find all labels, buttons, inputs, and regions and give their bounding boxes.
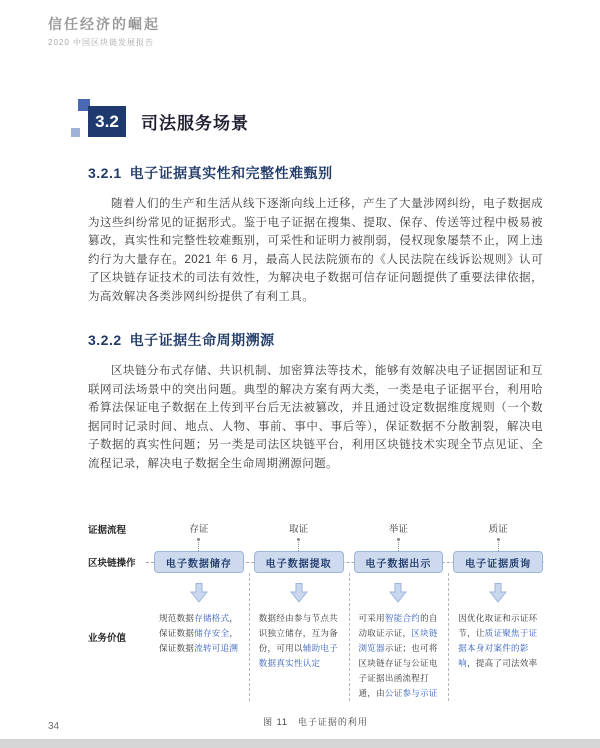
operation-box-present: 电子数据出示 [354, 551, 444, 573]
subsection-1-paragraph: 随着人们的生产和生活从线下逐渐向线上迁移，产生了大量涉网纠纷，电子数据成为这些纠… [88, 195, 543, 306]
figure-diagram: 证据流程 存证 取证 举证 质证 区块链操作 [88, 521, 543, 701]
figure-caption: 图 11 电子证据的利用 [88, 715, 543, 728]
process-step-present: 举证 [354, 521, 444, 551]
report-logo-title: 信任经济的崛起 [48, 14, 160, 34]
operation-cell: 电子证据质询 [453, 551, 543, 573]
down-arrow-icon [389, 583, 407, 603]
connector-dotted-line [498, 542, 499, 551]
connector-dot-icon [397, 538, 400, 541]
down-arrow-icon [190, 583, 208, 603]
subsection-2-paragraph: 区块链分布式存储、共识机制、加密算法等技术，能够有效解决电子证据固证和互联网司法… [88, 362, 543, 473]
row-label-process: 证据流程 [88, 521, 144, 536]
section-number: 3.2 [88, 106, 126, 137]
subsection-1-heading: 3.2.1电子证据真实性和完整性难甄别 [88, 163, 543, 183]
operation-cell: 电子数据提取 [254, 551, 344, 573]
value-column-2: 数据经由参与节点共识独立储存，互为备份，可用以辅助电子数据真实性认定 [249, 573, 344, 701]
connector-dot-icon [197, 538, 200, 541]
row-label-value: 业务价值 [88, 630, 144, 644]
value-column-3: 可采用智能合约的自动取证示证，区块链浏览器示证；也可将区块链存证与公证电子证据出… [349, 573, 444, 701]
connector-dotted-line [298, 542, 299, 551]
process-step-store: 存证 [154, 521, 244, 551]
value-column-1: 规范数据存储格式，保证数据储存安全，保证数据流转可追溯 [154, 573, 244, 701]
connector-dotted-line [198, 542, 199, 551]
value-text: 可采用智能合约的自动取证示证，区块链浏览器示证；也可将区块链存证与公证电子证据出… [359, 611, 439, 701]
footer-strip [0, 739, 600, 748]
operation-box-store: 电子数据储存 [154, 551, 244, 573]
operation-cell: 电子数据出示 [354, 551, 444, 573]
down-arrow-icon [290, 583, 308, 603]
badge-decor-square-small-icon [71, 128, 80, 137]
operation-box-query: 电子证据质询 [453, 551, 543, 573]
subsection-1-number: 3.2.1 [88, 165, 122, 181]
connector-dotted-line [398, 542, 399, 551]
subsection-1-title: 电子证据真实性和完整性难甄别 [130, 165, 333, 181]
process-step-label: 取证 [289, 521, 308, 535]
process-step-label: 存证 [189, 521, 208, 535]
section-header: 3.2 司法服务场景 [88, 106, 543, 137]
report-logo-subtitle: 2020 中国区块链发展报告 [48, 37, 160, 48]
process-step-label: 质证 [489, 521, 508, 535]
page-number: 34 [48, 721, 59, 732]
connector-dot-icon [297, 538, 300, 541]
page-content: 3.2 司法服务场景 3.2.1电子证据真实性和完整性难甄别 随着人们的生产和生… [88, 106, 543, 728]
value-text: 因优化取证和示证环节，让质证聚焦于证据本身对案件的影响，提高了司法效率 [458, 611, 538, 671]
operation-box-extract: 电子数据提取 [254, 551, 344, 573]
down-arrow-icon [489, 583, 507, 603]
row-label-operation: 区块链操作 [88, 551, 144, 573]
value-column-4: 因优化取证和示证环节，让质证聚焦于证据本身对案件的影响，提高了司法效率 [448, 573, 543, 701]
report-logo: 信任经济的崛起 2020 中国区块链发展报告 [48, 14, 160, 48]
report-page: 信任经济的崛起 2020 中国区块链发展报告 3.2 司法服务场景 3.2.1电… [0, 0, 600, 748]
process-step-examine: 质证 [453, 521, 543, 551]
process-step-obtain: 取证 [254, 521, 344, 551]
section-title: 司法服务场景 [141, 109, 249, 134]
value-text: 规范数据存储格式，保证数据储存安全，保证数据流转可追溯 [159, 611, 239, 656]
subsection-2-title: 电子证据生命周期溯源 [130, 332, 275, 348]
connector-dot-icon [497, 538, 500, 541]
subsection-2-number: 3.2.2 [88, 332, 122, 348]
process-step-label: 举证 [389, 521, 408, 535]
subsection-2-heading: 3.2.2电子证据生命周期溯源 [88, 330, 543, 350]
operation-cell: 电子数据储存 [154, 551, 244, 573]
section-number-badge: 3.2 [88, 106, 126, 137]
value-text: 数据经由参与节点共识独立储存，互为备份，可用以辅助电子数据真实性认定 [259, 611, 339, 671]
